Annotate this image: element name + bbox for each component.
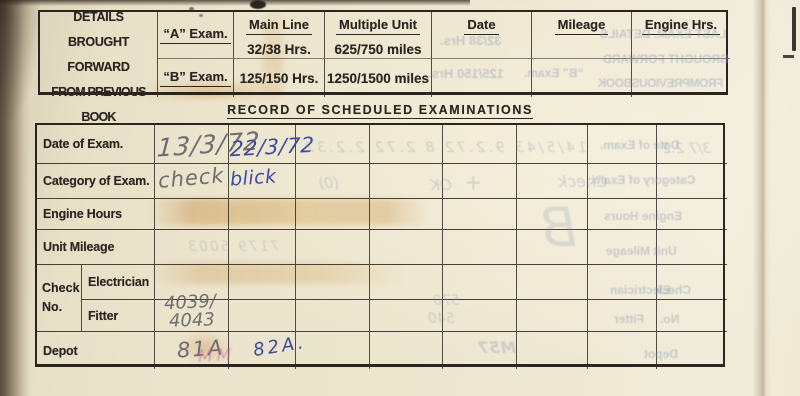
ghost-label-2: BROUGHT FORWARD — [603, 52, 729, 66]
ghost-row-unit: Unit Mileage — [606, 244, 677, 258]
ghost-handwriting-dates-right: 3/7 2.2 — [662, 141, 711, 157]
exam-cell — [296, 199, 370, 230]
ghost-row-fitter: Fitter — [614, 312, 644, 326]
exam-a-cell: “A” Exam. — [158, 12, 234, 59]
multiple-unit-a-value: 625/750 miles — [334, 42, 421, 57]
exam-cell — [517, 265, 588, 300]
row-label-date-of-exam: Date of Exam. — [37, 125, 155, 164]
exam-cell — [517, 300, 588, 332]
handwritten-fitter-check-no-2: 4043 — [169, 309, 216, 332]
exam-cell — [370, 230, 443, 265]
section-heading: RECORD OF SCHEDULED EXAMINATIONS — [35, 101, 725, 119]
multiple-unit-col-a: Multiple Unit 625/750 miles — [325, 12, 432, 59]
exam-cell — [296, 265, 370, 300]
ghost-digits-570: 570 — [433, 293, 460, 309]
brought-forward-label: LAST EXAM. DETAILS BROUGHT FORWARD FROM … — [40, 12, 158, 97]
ghost-row-depot: Depot — [644, 347, 678, 361]
row-label-check-no: Check No. — [37, 265, 82, 332]
ghost-plus-mark: + — [465, 170, 482, 194]
scanned-exam-record-page: LAST EXAM. DETAILS BROUGHT FORWARD FROM … — [0, 0, 800, 396]
exam-cell — [229, 300, 296, 332]
main-line-col-a: Main Line 32/38 Hrs. — [234, 12, 325, 59]
ghost-hrs-a: 32/38 Hrs. — [440, 33, 501, 48]
main-line-header: Main Line — [246, 17, 312, 35]
multiple-unit-b-value: 1250/1500 miles — [325, 59, 432, 97]
ghost-digits-540: 540 — [428, 311, 455, 327]
ghost-row-electrician: Electrician — [610, 283, 671, 297]
exam-cell — [296, 300, 370, 332]
row-label-unit-mileage: Unit Mileage — [37, 230, 155, 265]
row-label-category-of-exam: Category of Exam. — [37, 164, 155, 199]
main-line-a-value: 32/38 Hrs. — [247, 42, 311, 57]
multiple-unit-header: Multiple Unit — [336, 17, 420, 35]
exam-a-label: “A” Exam. — [160, 26, 230, 44]
main-line-b-value: 125/150 Hrs. — [234, 59, 325, 97]
row-label-electrician: Electrician — [82, 265, 155, 300]
exam-cell — [443, 199, 517, 230]
ghost-handwriting-dates: 14/5/43 9.2.72 8 2.72 2.2.32 — [302, 140, 587, 156]
next-page-rule-tick — [783, 55, 794, 58]
handwritten-category-exam2: blick — [229, 165, 277, 190]
row-label-engine-hours: Engine Hours — [37, 199, 155, 230]
exam-cell — [370, 199, 443, 230]
next-page-table-edge — [792, 7, 796, 51]
exam-b-cell: “B” Exam. — [158, 59, 234, 97]
ghost-m57: M57 — [478, 338, 516, 357]
row-label-depot: Depot — [37, 332, 155, 369]
ghost-check-word: Check — [558, 172, 607, 191]
exam-cell — [296, 230, 370, 265]
exam-cell — [229, 265, 296, 300]
exam-cell — [517, 332, 588, 369]
ghost-large-loop: B — [540, 196, 577, 259]
ghost-exam-b: “B” Exam. — [524, 66, 583, 80]
exam-cell — [229, 199, 296, 230]
ghost-ok-mark: OK — [430, 176, 452, 194]
ghost-circle-mark: (0) — [318, 174, 339, 192]
ghost-unit-mileage-digits: 7179 5003 — [186, 239, 280, 255]
record-title-text: RECORD OF SCHEDULED EXAMINATIONS — [227, 103, 533, 119]
ghost-row-no: No. — [660, 312, 679, 326]
exam-cell — [370, 332, 443, 369]
exam-b-label: “B” Exam. — [160, 69, 230, 87]
page-fold-crease — [753, 0, 771, 396]
label-line-1: LAST EXAM. DETAILS — [40, 0, 157, 30]
ghost-hrs-b: 125/150 Hrs. — [428, 66, 504, 81]
label-line-2: BROUGHT FORWARD — [40, 30, 157, 80]
exam-cell — [155, 199, 229, 230]
ghost-label-1: LAST EXAM. DETAILS — [600, 27, 726, 41]
exam-cell — [443, 230, 517, 265]
binding-shadow — [0, 0, 40, 120]
ghost-row-engine: Engine Hours — [604, 209, 682, 223]
ink-blob — [250, 0, 266, 9]
row-label-fitter: Fitter — [82, 300, 155, 332]
pink-showthrough-marks: MM — [198, 345, 236, 367]
ghost-label-3: FROMPREVIOUSBOOK — [598, 76, 723, 90]
